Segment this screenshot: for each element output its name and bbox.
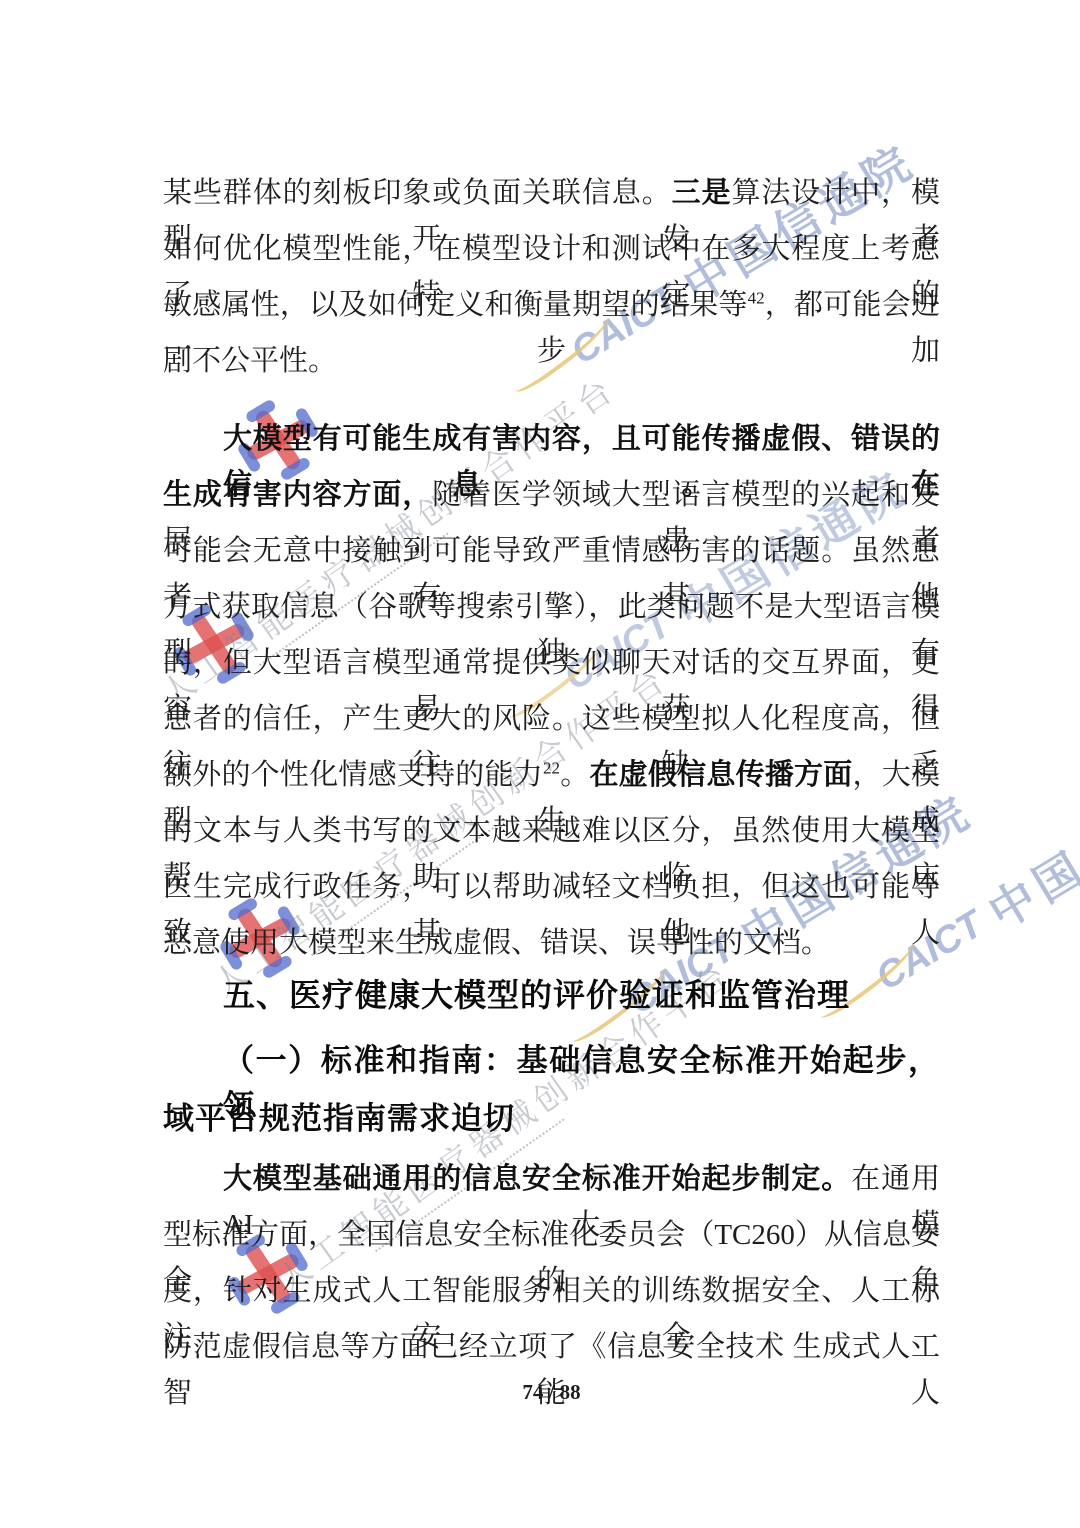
text-line: 如何优化模型性能，在模型设计和测试中在多大程度上考虑了特定的 — [163, 226, 940, 272]
section-heading: 五、医疗健康大模型的评价验证和监管治理 — [163, 972, 940, 1018]
text-line: 防范虚假信息等方面已经立项了《信息安全技术 生成式人工智能人 — [163, 1324, 940, 1370]
text-run: 敏感属性，以及如何定义和衡量期望的结果等 — [163, 289, 748, 321]
text-line: 敏感属性，以及如何定义和衡量期望的结果等42，都可能会进一步加 — [163, 282, 940, 328]
bold-run: 在虚假信息传播方面 — [589, 759, 852, 791]
document-text: 74 / 88 某些群体的刻板印象或负面关联信息。三是算法设计中，模型开发者如何… — [0, 0, 1080, 1528]
text-run: 域平台规范指南需求迫切 — [163, 1101, 515, 1136]
text-line: 方式获取信息（谷歌等搜索引擎），此类问题不是大型语言模型独有 — [163, 584, 940, 630]
text-run: 某些群体的刻板印象或负面关联信息。 — [163, 177, 672, 209]
text-line: 的文本与人类书写的文本越来越难以区分，虽然使用大模型帮助临床 — [163, 808, 940, 854]
text-line: 患者的信任，产生更大的风险。这些模型拟人化程度高，但往往缺乏 — [163, 696, 940, 742]
text-run: 五、医疗健康大模型的评价验证和监管治理 — [223, 977, 850, 1013]
bold-run: 大模型基础通用的信息安全标准开始起步制定。 — [223, 1163, 851, 1195]
document-page: CAICT 中国信通院 CAICT 中国信通院 CAICT 中国信通院 CAIC… — [0, 0, 1080, 1528]
text-line: 某些群体的刻板印象或负面关联信息。三是算法设计中，模型开发者 — [163, 170, 940, 216]
text-run: 恶意使用大模型来生成虚假、错误、误导性的文档。 — [163, 927, 830, 959]
text-line: 型标准方面，全国信息安全标准化委员会（TC260）从信息安全的角 — [163, 1212, 940, 1258]
text-line: 额外的个性化情感支持的能力22。在虚假信息传播方面，大模型生成 — [163, 752, 940, 798]
text-line: 的，但大型语言模型通常提供类似聊天对话的交互界面，更容易获得 — [163, 640, 940, 686]
text-line: 大模型有可能生成有害内容，且可能传播虚假、错误的信息。在 — [163, 416, 940, 462]
text-run: 剧不公平性。 — [163, 345, 337, 377]
text-run: 防范虚假信息等方面已经立项了《信息安全技术 生成式人工智能人 — [163, 1331, 940, 1409]
text-line: 恶意使用大模型来生成虚假、错误、误导性的文档。 — [163, 920, 940, 966]
text-run: 额外的个性化情感支持的能力 — [163, 759, 543, 791]
bold-run: 三是 — [672, 177, 732, 209]
text-line: 剧不公平性。 — [163, 338, 940, 384]
text-line: 生成有害内容方面，随着医学领域大型语言模型的兴起和发展，患者 — [163, 472, 940, 518]
footnote-ref: 22 — [543, 758, 560, 777]
text-line: 度，针对生成式人工智能服务相关的训练数据安全、人工标注安全、 — [163, 1268, 940, 1314]
subsection-heading: （一）标准和指南：基础信息安全标准开始起步，领 — [163, 1038, 940, 1084]
footnote-ref: 42 — [748, 288, 765, 307]
text-line: 医生完成行政任务，可以帮助减轻文档负担，但这也可能导致其他人 — [163, 864, 940, 910]
bold-run: 生成有害内容方面， — [163, 479, 432, 511]
text-run: 。 — [560, 759, 589, 791]
text-line: 大模型基础通用的信息安全标准开始起步制定。在通用 AI 大模 — [163, 1156, 940, 1202]
text-line: 可能会无意中接触到可能导致严重情感伤害的话题。虽然患者有其他 — [163, 528, 940, 574]
subsection-heading: 域平台规范指南需求迫切 — [163, 1096, 940, 1142]
